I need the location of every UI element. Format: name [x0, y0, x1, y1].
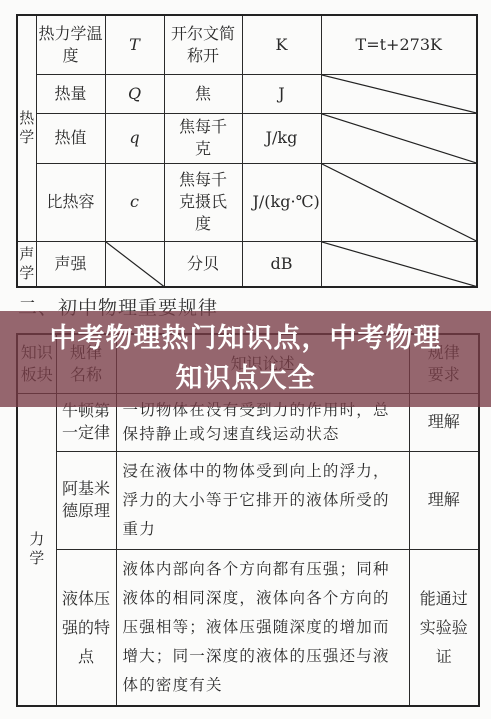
group-label-mechanics: 力学 [17, 393, 56, 706]
law-name: 阿基米德原理 [56, 451, 116, 549]
law-requirement: 能通过实验验证 [409, 549, 479, 706]
symbol-cell: q [105, 113, 164, 163]
quantity-cell: 比热容 [36, 163, 105, 241]
unit-name-cell: 开尔文简称开 [164, 15, 242, 74]
symbol-cell: c [105, 163, 164, 241]
unit-name-cell: 焦 [164, 74, 242, 113]
unit-name-cell: 焦每千克摄氏度 [164, 163, 242, 241]
title-banner: 中考物理热门知识点，中考物理知识点大全 [0, 311, 491, 407]
empty-diagonal-cell [105, 241, 164, 287]
unit-cell: J [242, 74, 321, 113]
empty-diagonal-cell [321, 74, 477, 113]
quantity-cell: 声强 [36, 241, 105, 287]
group-label-heat: 热学 [17, 15, 36, 241]
quantity-cell: 热值 [36, 113, 105, 163]
units-table: 热学 热力学温度 T 开尔文简称开 K T=t+273K 热量 Q 焦 J 热值… [16, 14, 478, 288]
unit-name-cell: 焦每千克 [164, 113, 242, 163]
unit-cell: K [242, 15, 321, 74]
law-statement: 液体内部向各个方向都有压强；同种液体的相同深度，液体向各个方向的压强相等；液体压… [116, 549, 409, 706]
empty-diagonal-cell [321, 163, 477, 241]
quantity-cell: 热力学温度 [36, 15, 105, 74]
empty-diagonal-cell [321, 113, 477, 163]
banner-title: 中考物理热门知识点，中考物理知识点大全 [46, 319, 446, 399]
law-statement: 浸在液体中的物体受到向上的浮力，浮力的大小等于它排开的液体所受的重力 [116, 451, 409, 549]
unit-cell: dB [242, 241, 321, 287]
note-cell: T=t+273K [321, 15, 477, 74]
symbol-cell: Q [105, 74, 164, 113]
unit-cell: J/kg [242, 113, 321, 163]
group-label-sound: 声学 [17, 241, 36, 287]
law-name: 液体压强的特点 [56, 549, 116, 706]
symbol-cell: T [105, 15, 164, 74]
quantity-cell: 热量 [36, 74, 105, 113]
unit-cell: J/(kg·℃) [242, 163, 321, 241]
unit-name-cell: 分贝 [164, 241, 242, 287]
law-requirement: 理解 [409, 451, 479, 549]
empty-diagonal-cell [321, 241, 477, 287]
